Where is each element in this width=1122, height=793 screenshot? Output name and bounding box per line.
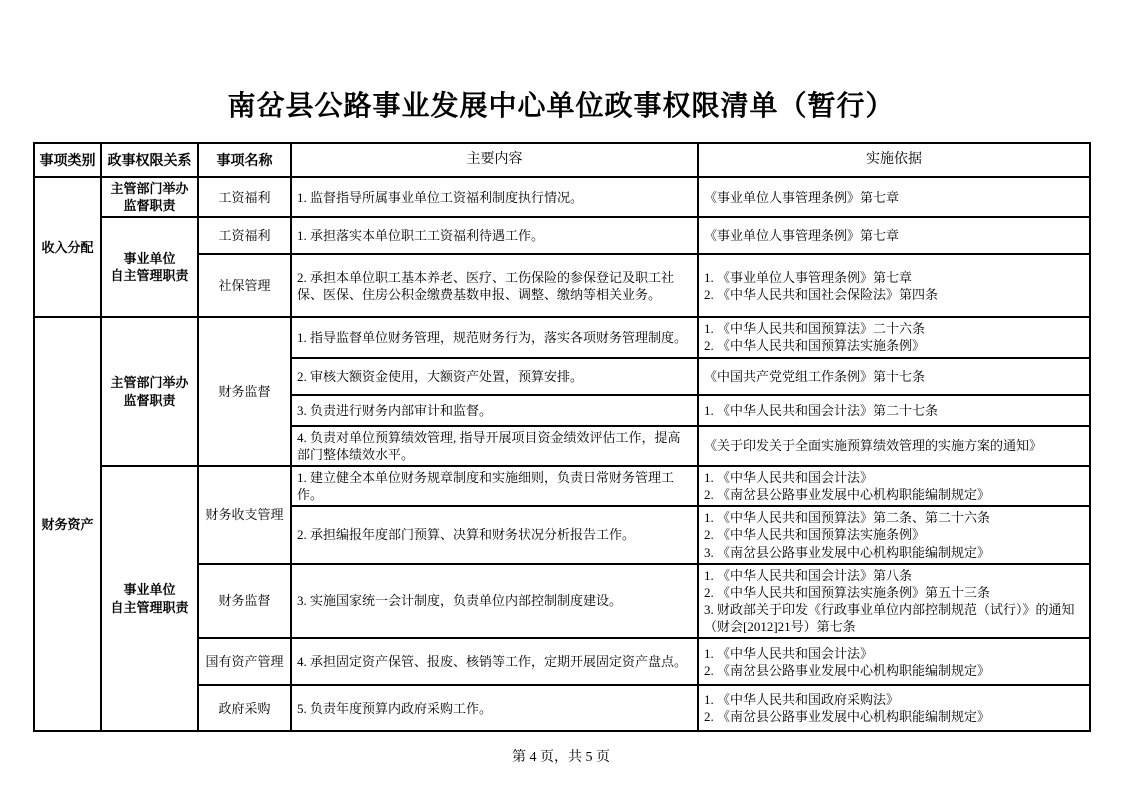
main-content-cell: 1. 指导监督单位财务管理，规范财务行为，落实各项财务管理制度。	[291, 317, 698, 357]
main-content-cell: 1. 监督指导所属事业单位工资福利制度执行情况。	[291, 177, 698, 217]
basis-cell: 1. 《中华人民共和国预算法》二十六条 2. 《中华人民共和国预算法实施条例》	[698, 317, 1090, 357]
basis-cell: 《事业单位人事管理条例》第七章	[698, 217, 1090, 254]
main-content-cell: 4. 负责对单位预算绩效管理, 指导开展项目资金绩效评估工作，提高部门整体绩效水…	[291, 426, 698, 466]
basis-cell: 《事业单位人事管理条例》第七章	[698, 177, 1090, 217]
basis-cell: 1. 《中华人民共和国会计法》 2. 《南岔县公路事业发展中心机构职能编制规定》	[698, 638, 1090, 685]
item-name-cell: 财务收支管理	[198, 466, 291, 564]
basis-cell: 1. 《中华人民共和国会计法》 2. 《南岔县公路事业发展中心机构职能编制规定》	[698, 466, 1090, 506]
relation-cell: 事业单位 自主管理职责	[101, 466, 198, 731]
column-header-relation: 政事权限关系	[101, 143, 198, 177]
item-name-cell: 政府采购	[198, 685, 291, 731]
basis-cell: 1. 《中华人民共和国政府采购法》 2. 《南岔县公路事业发展中心机构职能编制规…	[698, 685, 1090, 731]
item-name-cell: 财务监督	[198, 564, 291, 639]
header-row: 事项类别 政事权限关系 事项名称 主要内容 实施依据	[34, 143, 1090, 177]
document-page: 南岔县公路事业发展中心单位政事权限清单（暂行） 事项类别 政事权限关系 事项名称…	[0, 0, 1122, 793]
relation-cell: 主管部门举办 监督职责	[101, 317, 198, 466]
basis-cell: 1. 《中华人民共和国会计法》第二十七条	[698, 395, 1090, 426]
page-number: 第 4 页，共 5 页	[0, 746, 1122, 766]
table-row: 事业单位 自主管理职责 工资福利 1. 承担落实本单位职工工资福利待遇工作。 《…	[34, 217, 1090, 254]
category-cell: 收入分配	[34, 177, 101, 317]
main-content-cell: 2. 承担本单位职工基本养老、医疗、工伤保险的参保登记及职工社保、医保、住房公积…	[291, 254, 698, 317]
item-name-cell: 社保管理	[198, 254, 291, 317]
main-content-cell: 5. 负责年度预算内政府采购工作。	[291, 685, 698, 731]
basis-cell: 《中国共产党党组工作条例》第十七条	[698, 358, 1090, 395]
basis-cell: 1. 《事业单位人事管理条例》第七章 2. 《中华人民共和国社会保险法》第四条	[698, 254, 1090, 317]
main-content-cell: 1. 承担落实本单位职工工资福利待遇工作。	[291, 217, 698, 254]
main-content-cell: 2. 审核大额资金使用，大额资产处置，预算安排。	[291, 358, 698, 395]
item-name-cell: 财务监督	[198, 317, 291, 466]
main-content-cell: 2. 承担编报年度部门预算、决算和财务状况分析报告工作。	[291, 506, 698, 563]
column-header-category: 事项类别	[34, 143, 101, 177]
basis-cell: 《关于印发关于全面实施预算绩效管理的实施方案的通知》	[698, 426, 1090, 466]
main-content-cell: 4. 承担固定资产保管、报废、核销等工作，定期开展固定资产盘点。	[291, 638, 698, 685]
authority-table: 事项类别 政事权限关系 事项名称 主要内容 实施依据 收入分配 主管部门举办 监…	[33, 142, 1091, 732]
main-content-cell: 3. 实施国家统一会计制度，负责单位内部控制制度建设。	[291, 564, 698, 639]
item-name-cell: 国有资产管理	[198, 638, 291, 685]
category-cell: 财务资产	[34, 317, 101, 731]
page-title: 南岔县公路事业发展中心单位政事权限清单（暂行）	[0, 84, 1122, 124]
relation-cell: 事业单位 自主管理职责	[101, 217, 198, 317]
column-header-item-name: 事项名称	[198, 143, 291, 177]
column-header-basis: 实施依据	[698, 143, 1090, 177]
main-content-cell: 3. 负责进行财务内部审计和监督。	[291, 395, 698, 426]
table-row: 事业单位 自主管理职责 财务收支管理 1. 建立健全本单位财务规章制度和实施细则…	[34, 466, 1090, 506]
relation-cell: 主管部门举办 监督职责	[101, 177, 198, 217]
item-name-cell: 工资福利	[198, 217, 291, 254]
main-content-cell: 1. 建立健全本单位财务规章制度和实施细则，负责日常财务管理工作。	[291, 466, 698, 506]
table-row: 财务资产 主管部门举办 监督职责 财务监督 1. 指导监督单位财务管理，规范财务…	[34, 317, 1090, 357]
item-name-cell: 工资福利	[198, 177, 291, 217]
table-row: 收入分配 主管部门举办 监督职责 工资福利 1. 监督指导所属事业单位工资福利制…	[34, 177, 1090, 217]
column-header-main-content: 主要内容	[291, 143, 698, 177]
basis-cell: 1. 《中华人民共和国会计法》第八条 2. 《中华人民共和国预算法实施条例》第五…	[698, 564, 1090, 639]
basis-cell: 1. 《中华人民共和国预算法》第二条、第二十六条 2. 《中华人民共和国预算法实…	[698, 506, 1090, 563]
